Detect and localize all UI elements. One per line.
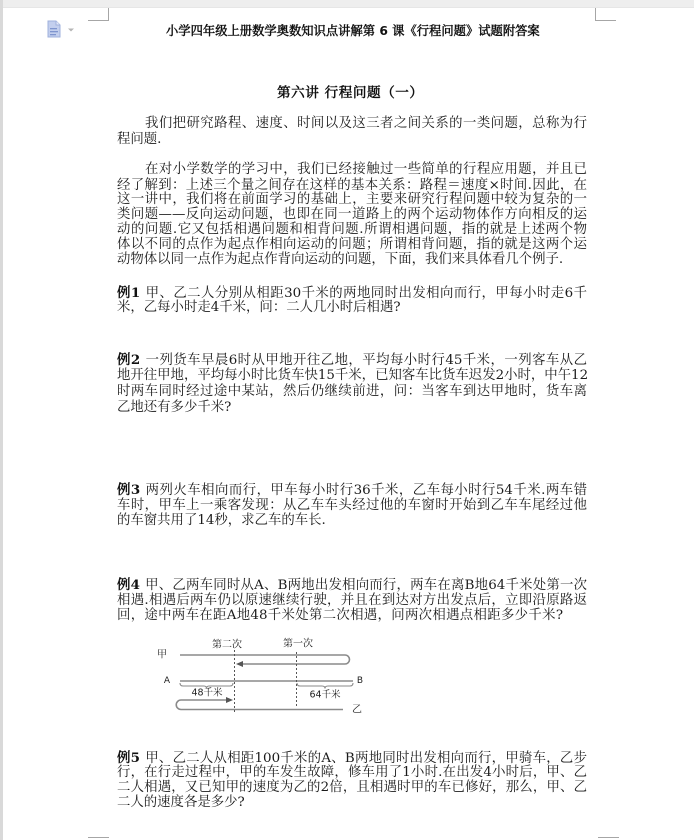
paragraph-line: 我们把研究路程、速度、时间以及这三者之间关系的一类问题，总称为行 bbox=[145, 116, 587, 132]
example-label: 例1 bbox=[117, 285, 140, 301]
paragraph-line: 这一讲中，我们将在前面学习的基础上，主要来研究行程问题中较为复杂的一 bbox=[117, 192, 587, 208]
example-2-line: 地开往甲地，平均每小时比货车快15千米，已知客车比货车迟发2小时，中午12 bbox=[117, 368, 587, 384]
jia-label: 甲 bbox=[157, 649, 167, 661]
example-text: 甲、乙两车同时从A、B两地出发相向而行，两车在离B地64千米处第一次 bbox=[145, 578, 587, 593]
example-text: 甲、乙二人分别从相距30千米的两地同时出发相向而行，甲每小时走6千 bbox=[145, 286, 587, 301]
example-label: 例2 bbox=[117, 352, 140, 368]
distance-48km-label: 48千米 bbox=[191, 687, 223, 699]
paragraph-line: 程问题. bbox=[117, 132, 161, 148]
meeting-diagram: 第二次 第一次 甲 A B 48千米 64千米 乙 bbox=[150, 632, 382, 724]
top-ruler-band bbox=[0, 0, 694, 8]
corner-mark-bottom-right-h bbox=[598, 837, 619, 838]
point-b-label: B bbox=[357, 676, 363, 686]
example-label: 例3 bbox=[117, 482, 140, 498]
arrow-left-icon bbox=[236, 661, 243, 667]
example-3-line: 例3两列火车相向而行，甲车每小时行36千米，乙车每小时行54千米.两车错 bbox=[117, 482, 587, 498]
example-2-line: 例2一列货车早晨6时从甲地开往乙地，平均每小时行45千米，一列客车从乙 bbox=[117, 352, 587, 368]
point-a-label: A bbox=[164, 676, 171, 686]
yi-route-line bbox=[176, 700, 343, 710]
distance-64km-label: 64千米 bbox=[309, 689, 341, 701]
corner-mark-top-right-h bbox=[595, 20, 616, 21]
lecture-title: 第六讲 行程问题（一） bbox=[277, 84, 423, 102]
corner-mark-bottom-left-h bbox=[88, 837, 109, 838]
example-4-line: 回，途中两车在距A地48千米处第二次相遇，问两次相遇点相距多少千米? bbox=[117, 608, 563, 624]
example-1-line: 例1甲、乙二人分别从相距30千米的两地同时出发相向而行，甲每小时走6千 bbox=[117, 285, 587, 301]
yi-label: 乙 bbox=[352, 704, 362, 716]
paragraph-line: 动的问题.它又包括相遇问题和相背问题.所谓相遇问题，指的就是上述两个物 bbox=[117, 222, 587, 238]
example-3-line: 车时，甲车上一乘客发现：从乙车车头经过他的车窗时开始到乙车车尾经过他 bbox=[117, 498, 587, 514]
example-text: 两列火车相向而行，甲车每小时行36千米，乙车每小时行54千米.两车错 bbox=[145, 483, 587, 498]
document-header-title: 小学四年级上册数学奥数知识点讲解第 6 课《行程问题》试题附答案 bbox=[166, 23, 539, 39]
chevron-down-icon bbox=[67, 27, 75, 33]
example-text: 一列货车早晨6时从甲地开往乙地，平均每小时行45千米，一列客车从乙 bbox=[145, 353, 587, 368]
left-page-edge bbox=[0, 0, 3, 840]
example-3-line: 的车窗共用了14秒，求乙车的车长. bbox=[117, 513, 326, 529]
paragraph-line: 在对小学数学的学习中，我们已经接触过一些简单的行程应用题，并且已 bbox=[145, 162, 587, 178]
example-text: 甲、乙二人从相距100千米的A、B两地同时出发相向而行，甲骑车，乙步 bbox=[145, 751, 587, 766]
document-icon bbox=[46, 20, 62, 38]
example-label: 例4 bbox=[117, 577, 140, 593]
example-5-line: 例5甲、乙二人从相距100千米的A、B两地同时出发相向而行，甲骑车，乙步 bbox=[117, 750, 587, 766]
first-meeting-label: 第一次 bbox=[283, 637, 313, 650]
example-1-line: 米，乙每小时走4千米，问：二人几小时后相遇? bbox=[117, 300, 401, 316]
jia-route-line bbox=[180, 655, 350, 664]
example-5-line: 行，在行走过程中，甲的车发生故障，修车用了1小时.在出发4小时后，甲、乙 bbox=[117, 765, 587, 781]
second-meeting-label: 第二次 bbox=[212, 638, 242, 651]
document-menu-button[interactable] bbox=[46, 20, 76, 38]
example-label: 例5 bbox=[117, 750, 140, 766]
example-2-line: 时两车同时经过途中某站，然后仍继续前进，问：当客车到达甲地时，货车离 bbox=[117, 384, 587, 400]
paragraph-line: 类问题——反向运动问题，也即在同一道路上的两个运动物体作方向相反的运 bbox=[117, 207, 587, 223]
example-5-line: 二人的速度各是多少? bbox=[117, 795, 245, 811]
paragraph-line: 体以不同的点作为起点作相向运动的问题；所谓相背问题，指的就是这两个运 bbox=[117, 237, 587, 253]
example-4-line: 例4甲、乙两车同时从A、B两地出发相向而行，两车在离B地64千米处第一次 bbox=[117, 577, 587, 593]
corner-mark-top-left-h bbox=[88, 20, 109, 21]
example-4-line: 相遇.相遇后两车仍以原速继续行驶，并且在到达对方出发点后，立即沿原路返 bbox=[117, 593, 587, 609]
example-5-line: 二人相遇，又已知甲的速度为乙的2倍，且相遇时甲的车已修好，那么，甲、乙 bbox=[117, 780, 587, 796]
example-2-line: 乙地还有多少千米? bbox=[117, 400, 231, 416]
arrow-right-icon bbox=[226, 697, 233, 703]
brace-64km bbox=[297, 683, 353, 689]
paragraph-line: 动物体以同一点作为起点作背向运动的问题，下面，我们来具体看几个例子. bbox=[117, 252, 562, 268]
